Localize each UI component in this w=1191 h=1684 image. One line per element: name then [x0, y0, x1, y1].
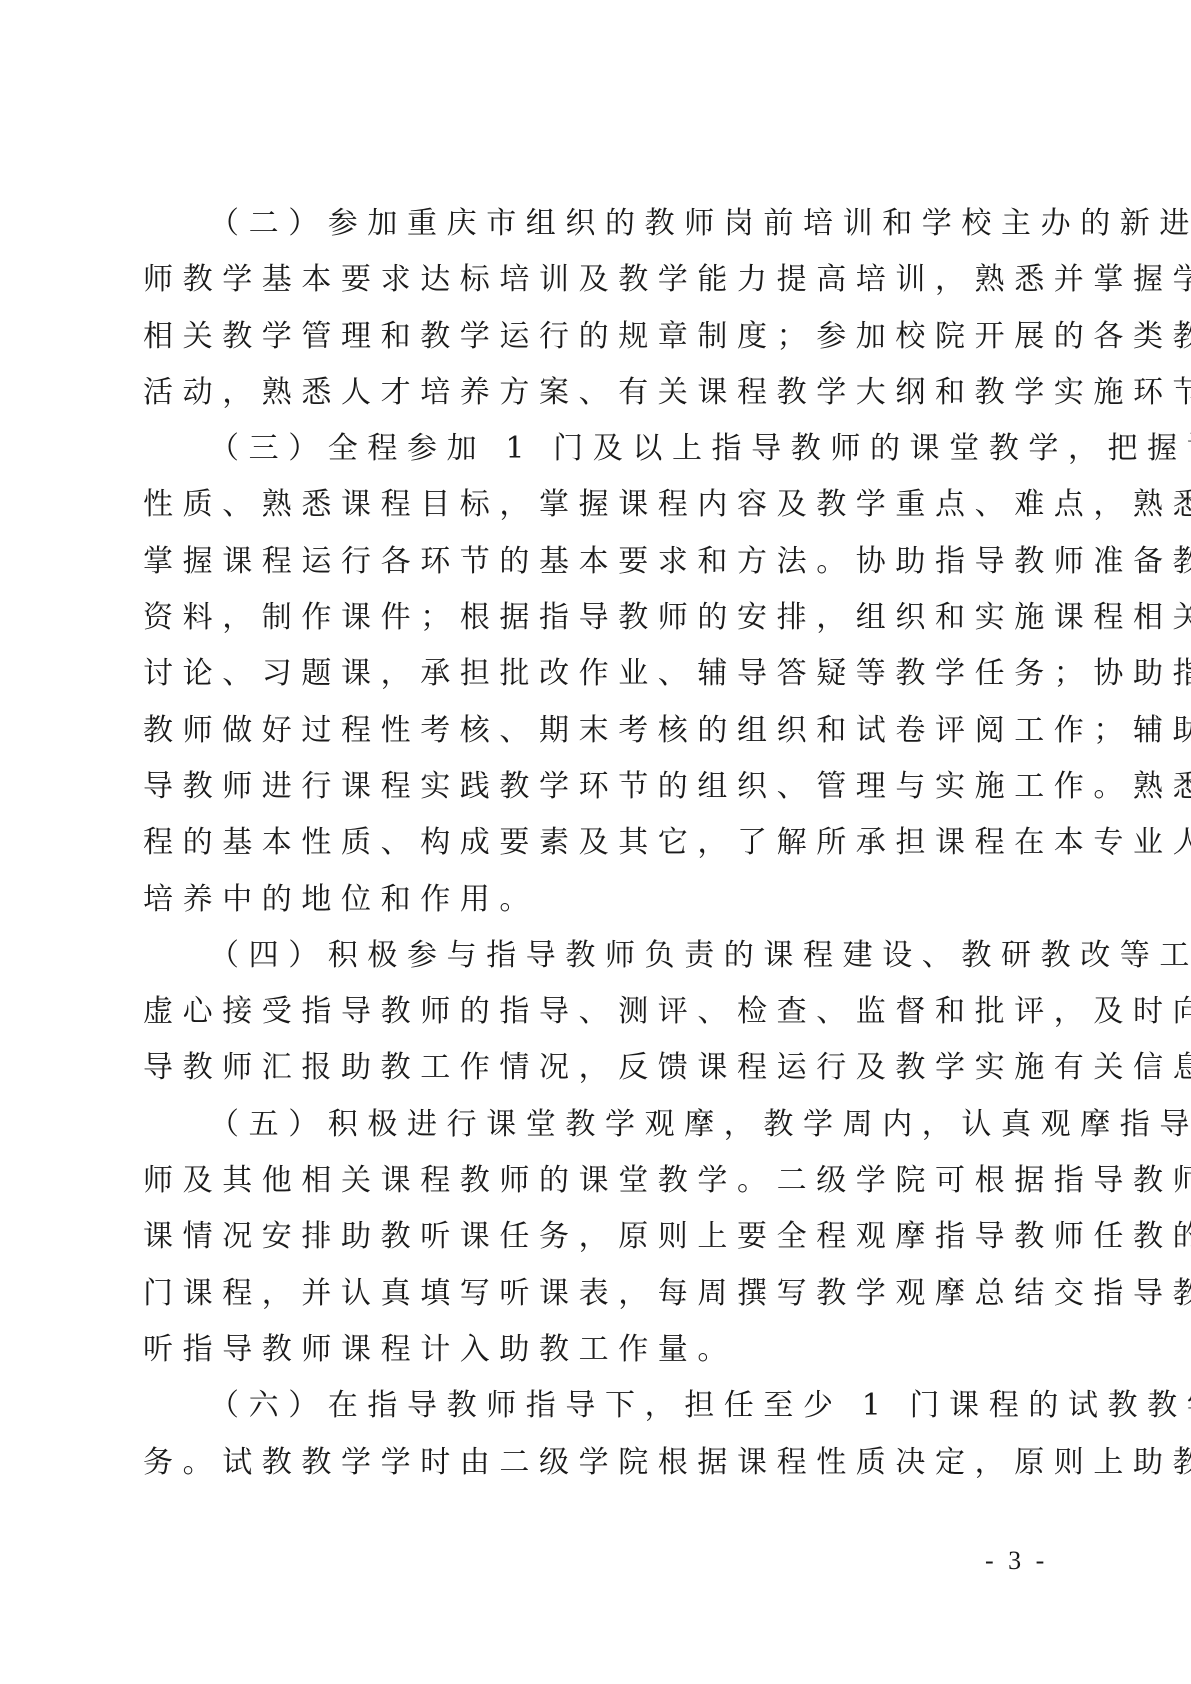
text-line: 师教学基本要求达标培训及教学能力提高培训，熟悉并掌握学校 [143, 252, 1038, 308]
text-line: 培养中的地位和作用。 [143, 872, 1038, 928]
text-line: 讨论、习题课，承担批改作业、辅导答疑等教学任务；协助指导 [143, 646, 1038, 702]
paragraph-3: （三）全程参加 1 门及以上指导教师的课堂教学，把握课程 性质、熟悉课程目标，掌… [143, 421, 1038, 928]
text-line: （六）在指导教师指导下，担任至少 1 门课程的试教教学任 [143, 1378, 1038, 1434]
text-line: （三）全程参加 1 门及以上指导教师的课堂教学，把握课程 [143, 421, 1038, 477]
text-line: 虚心接受指导教师的指导、测评、检查、监督和批评，及时向指 [143, 984, 1038, 1040]
page-number: - 3 - [985, 1546, 1048, 1576]
text-line: 导教师汇报助教工作情况，反馈课程运行及教学实施有关信息。 [143, 1040, 1038, 1096]
text-line: 程的基本性质、构成要素及其它，了解所承担课程在本专业人才 [143, 815, 1038, 871]
document-page: （二）参加重庆市组织的教师岗前培训和学校主办的新进教 师教学基本要求达标培训及教… [0, 0, 1191, 1684]
text-line: 活动，熟悉人才培养方案、有关课程教学大纲和教学实施环节。 [143, 365, 1038, 421]
text-line: 相关教学管理和教学运行的规章制度；参加校院开展的各类教研 [143, 309, 1038, 365]
text-line: （五）积极进行课堂教学观摩，教学周内，认真观摩指导教 [143, 1097, 1038, 1153]
text-line: （二）参加重庆市组织的教师岗前培训和学校主办的新进教 [143, 196, 1038, 252]
text-line: 课情况安排助教听课任务，原则上要全程观摩指导教师任教的 1 [143, 1209, 1038, 1265]
text-line: 门课程，并认真填写听课表，每周撰写教学观摩总结交指导教师。 [143, 1266, 1038, 1322]
paragraph-4: （四）积极参与指导教师负责的课程建设、教研教改等工作。 虚心接受指导教师的指导、… [143, 928, 1038, 1097]
text-line: 务。试教教学学时由二级学院根据课程性质决定，原则上助教试 [143, 1435, 1038, 1491]
text-line: 性质、熟悉课程目标，掌握课程内容及教学重点、难点，熟悉并 [143, 477, 1038, 533]
paragraph-6: （六）在指导教师指导下，担任至少 1 门课程的试教教学任 务。试教教学学时由二级… [143, 1378, 1038, 1491]
text-line: 师及其他相关课程教师的课堂教学。二级学院可根据指导教师授 [143, 1153, 1038, 1209]
text-line: （四）积极参与指导教师负责的课程建设、教研教改等工作。 [143, 928, 1038, 984]
text-line: 掌握课程运行各环节的基本要求和方法。协助指导教师准备教学 [143, 534, 1038, 590]
text-line: 教师做好过程性考核、期末考核的组织和试卷评阅工作；辅助指 [143, 703, 1038, 759]
document-body: （二）参加重庆市组织的教师岗前培训和学校主办的新进教 师教学基本要求达标培训及教… [143, 196, 1038, 1491]
text-line: 导教师进行课程实践教学环节的组织、管理与实施工作。熟悉课 [143, 759, 1038, 815]
text-line: 资料，制作课件；根据指导教师的安排，组织和实施课程相关的 [143, 590, 1038, 646]
paragraph-5: （五）积极进行课堂教学观摩，教学周内，认真观摩指导教 师及其他相关课程教师的课堂… [143, 1097, 1038, 1378]
text-line: 听指导教师课程计入助教工作量。 [143, 1322, 1038, 1378]
paragraph-2: （二）参加重庆市组织的教师岗前培训和学校主办的新进教 师教学基本要求达标培训及教… [143, 196, 1038, 421]
